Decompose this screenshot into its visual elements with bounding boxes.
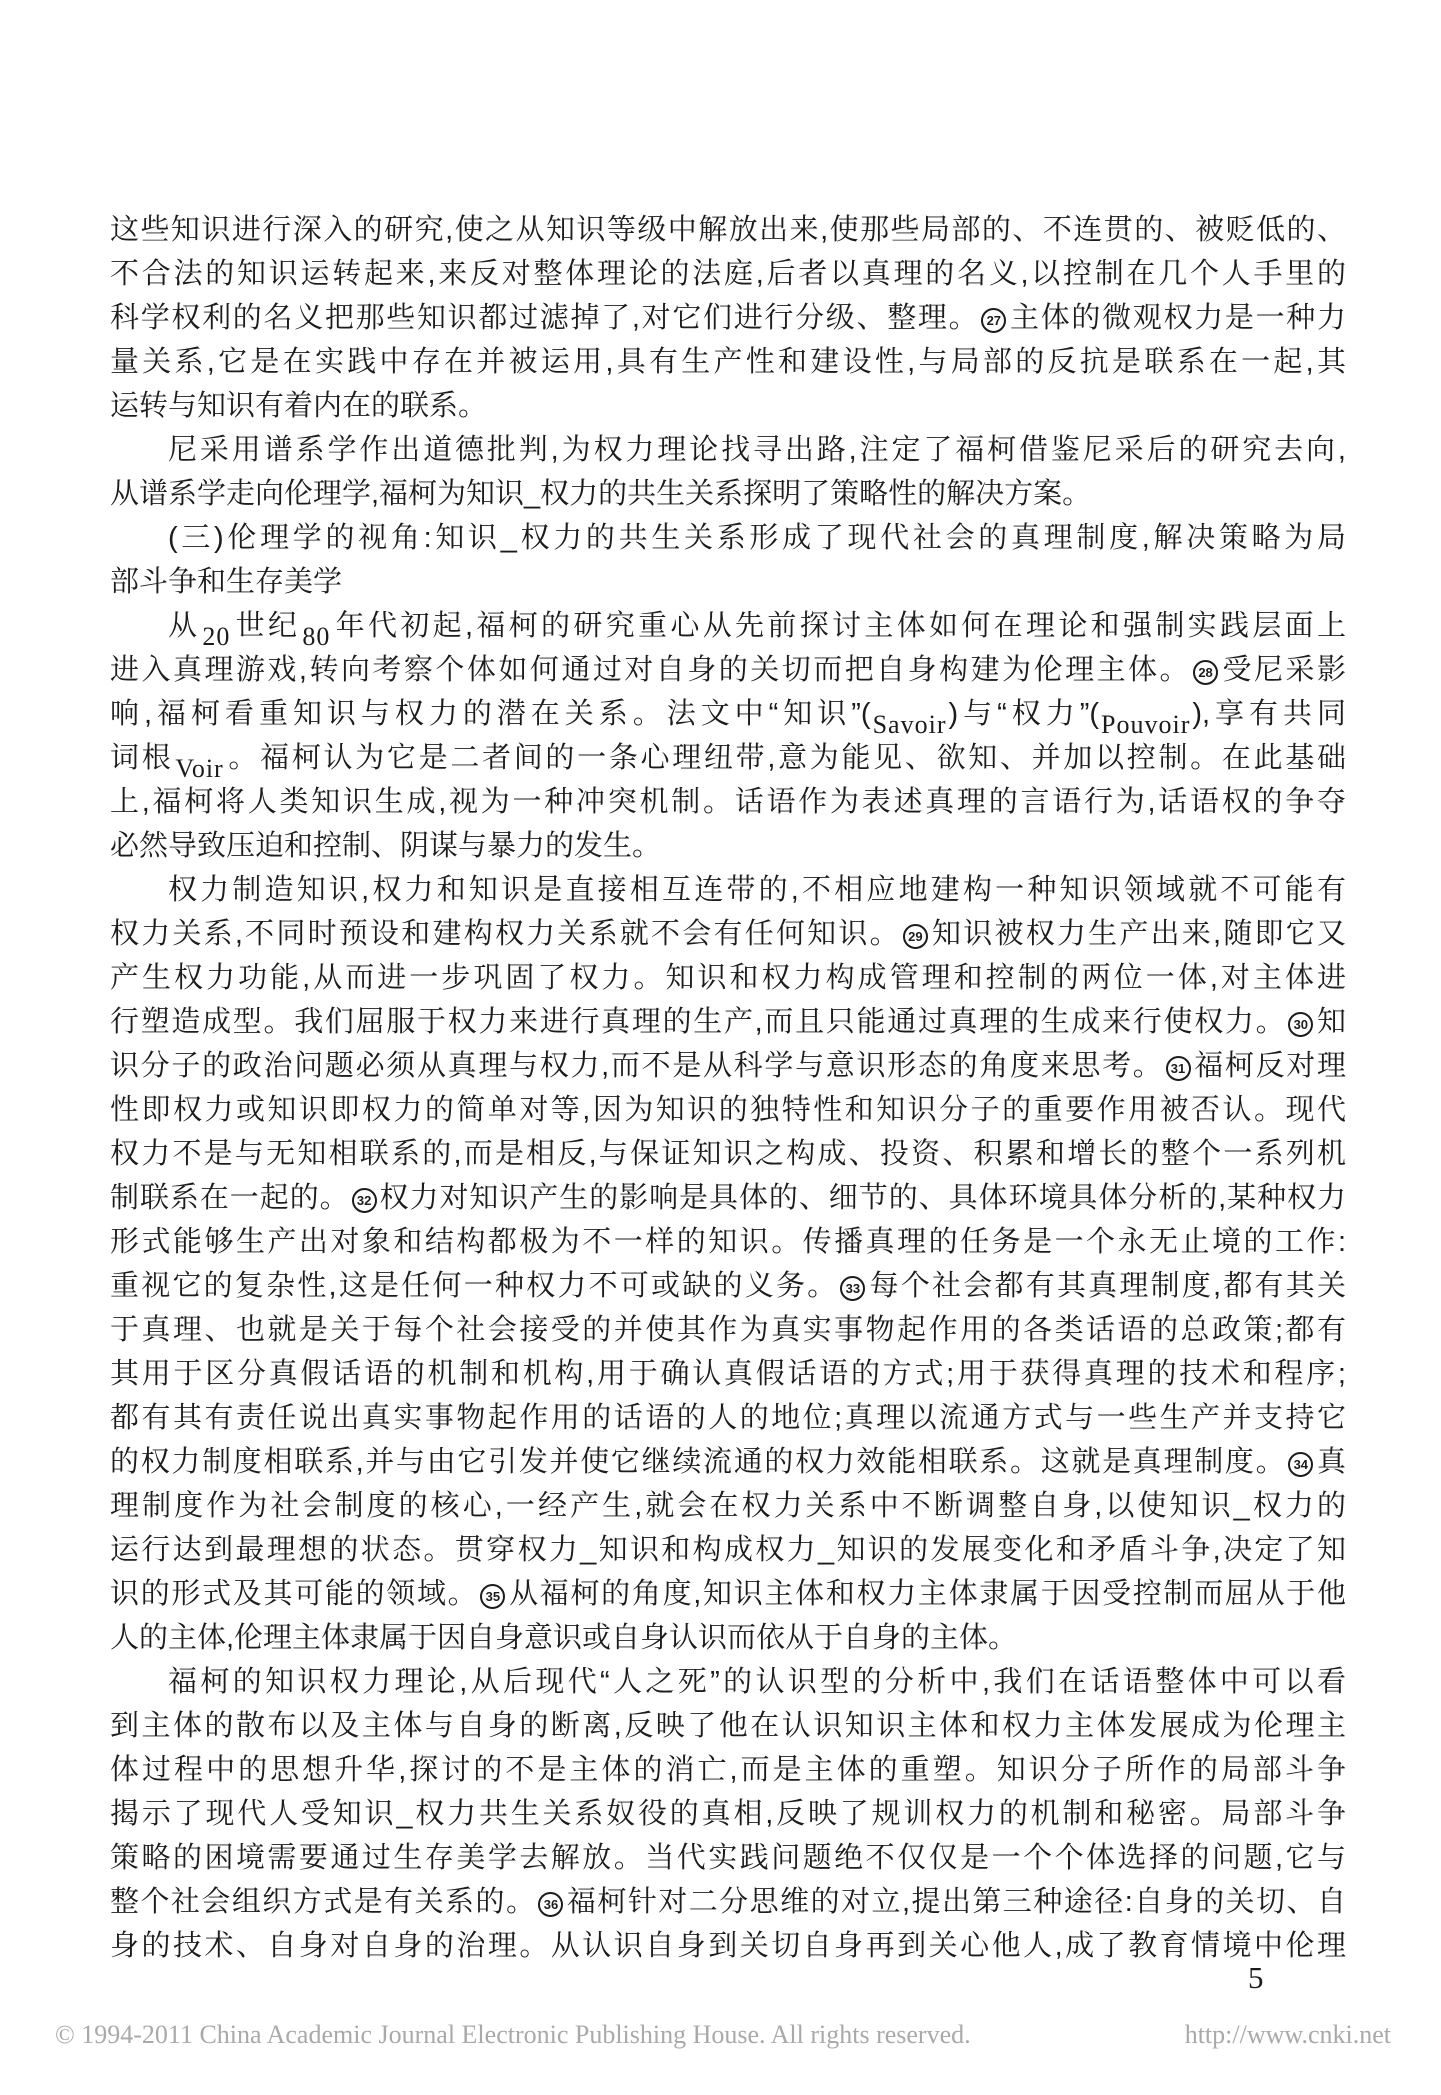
text-line: 体过程中的思想升华,探讨的不是主体的消亡,而是主体的重塑。知识分子所作的局部斗争 — [110, 1748, 1346, 1792]
text-line: 产生权力功能,从而进一步巩固了权力。知识和权力构成管理和控制的两位一体,对主体进 — [110, 956, 1346, 1000]
text-line: 揭示了现代人受知识_权力共生关系奴役的真相,反映了规训权力的机制和秘密。局部斗争 — [110, 1792, 1346, 1836]
footnote-marker: 28 — [1193, 660, 1218, 685]
text-line: 其用于区分真假话语的机制和机构,用于确认真假话语的方式;用于获得真理的技术和程序… — [110, 1352, 1346, 1396]
text-line: 形式能够生产出对象和结构都极为不一样的知识。传播真理的任务是一个永无止境的工作: — [110, 1220, 1346, 1264]
text-line: 到主体的散布以及主体与自身的断离,反映了他在认识知识主体和权力主体发展成为伦理主 — [110, 1704, 1346, 1748]
article-body: 这些知识进行深入的研究,使之从知识等级中解放出来,使那些局部的、不连贯的、被贬低… — [110, 208, 1346, 1968]
text-line: 策略的困境需要通过生存美学去解放。当代实践问题绝不仅仅是一个个体选择的问题,它与 — [110, 1836, 1346, 1880]
text-line: 从20世纪80年代初起,福柯的研究重心从先前探讨主体如何在理论和强制实践层面上 — [110, 604, 1346, 648]
text-line: 科学权利的名义把那些知识都过滤掉了,对它们进行分级、整理。27主体的微观权力是一… — [110, 296, 1346, 340]
text-line: 进入真理游戏,转向考察个体如何通过对自身的关切而把自身构建为伦理主体。28受尼采… — [110, 648, 1346, 692]
text-line: 词根Voir。福柯认为它是二者间的一条心理纽带,意为能见、欲知、并加以控制。在此… — [110, 736, 1346, 780]
text-line: 重视它的复杂性,这是任何一种权力不可或缺的义务。33每个社会都有其真理制度,都有… — [110, 1264, 1346, 1308]
text-line: 必然导致压迫和控制、阴谋与暴力的发生。 — [110, 824, 1346, 868]
text-line: 整个社会组织方式是有关系的。36福柯针对二分思维的对立,提出第三种途径:自身的关… — [110, 1880, 1346, 1924]
copyright-notice: © 1994-2011 China Academic Journal Elect… — [55, 2020, 971, 2050]
text-line: 尼采用谱系学作出道德批判,为权力理论找寻出路,注定了福柯借鉴尼采后的研究去向, — [110, 428, 1346, 472]
text-line: 行塑造成型。我们屈服于权力来进行真理的生产,而且只能通过真理的生成来行使权力。3… — [110, 1000, 1346, 1044]
text-line: 这些知识进行深入的研究,使之从知识等级中解放出来,使那些局部的、不连贯的、被贬低… — [110, 208, 1346, 252]
text-line: 性即权力或知识即权力的简单对等,因为知识的独特性和知识分子的重要作用被否认。现代 — [110, 1088, 1346, 1132]
text-line: 权力制造知识,权力和知识是直接相互连带的,不相应地建构一种知识领域就不可能有 — [110, 868, 1346, 912]
footnote-marker: 31 — [1166, 1056, 1191, 1081]
text-line: 人的主体,伦理主体隶属于因自身意识或自身认识而依从于自身的主体。 — [110, 1616, 1346, 1660]
text-line: 响,福柯看重知识与权力的潜在关系。法文中“知识”(Savoir)与“权力”(Po… — [110, 692, 1346, 736]
footnote-marker: 33 — [840, 1276, 865, 1301]
text-line: 于真理、也就是关于每个社会接受的并使其作为真实事物起作用的各类话语的总政策;都有 — [110, 1308, 1346, 1352]
text-line: 制联系在一起的。32权力对知识产生的影响是具体的、细节的、具体环境具体分析的,某… — [110, 1176, 1346, 1220]
footnote-marker: 29 — [903, 924, 928, 949]
text-line: 不合法的知识运转起来,来反对整体理论的法庭,后者以真理的名义,以控制在几个人手里… — [110, 252, 1346, 296]
footnote-marker: 32 — [352, 1188, 377, 1213]
document-page: 这些知识进行深入的研究,使之从知识等级中解放出来,使那些局部的、不连贯的、被贬低… — [0, 0, 1441, 2095]
page-number: 5 — [1248, 1960, 1264, 1996]
text-line: 运转与知识有着内在的联系。 — [110, 384, 1346, 428]
text-line: 福柯的知识权力理论,从后现代“人之死”的认识型的分析中,我们在话语整体中可以看 — [110, 1660, 1346, 1704]
text-line: 运行达到最理想的状态。贯穿权力_知识和构成权力_知识的发展变化和矛盾斗争,决定了… — [110, 1528, 1346, 1572]
cnki-url: http://www.cnki.net — [1185, 2020, 1391, 2050]
text-line: 部斗争和生存美学 — [110, 560, 1346, 604]
subscript-term: Voir — [173, 754, 225, 783]
footnote-marker: 34 — [1288, 1452, 1313, 1477]
text-line: 身的技术、自身对自身的治理。从认识自身到关切自身再到关心他人,成了教育情境中伦理 — [110, 1924, 1346, 1968]
subscript-term: Savoir — [871, 710, 949, 739]
footnote-marker: 36 — [538, 1892, 563, 1917]
text-line: 识分子的政治问题必须从真理与权力,而不是从科学与意识形态的角度来思考。31福柯反… — [110, 1044, 1346, 1088]
text-line: 量关系,它是在实践中存在并被运用,具有生产性和建设性,与局部的反抗是联系在一起,… — [110, 340, 1346, 384]
footer: © 1994-2011 China Academic Journal Elect… — [55, 2020, 1391, 2050]
text-line: 权力不是与无知相联系的,而是相反,与保证知识之构成、投资、积累和增长的整个一系列… — [110, 1132, 1346, 1176]
text-line: 从谱系学走向伦理学,福柯为知识_权力的共生关系探明了策略性的解决方案。 — [110, 472, 1346, 516]
subscript-term: 80 — [300, 622, 332, 651]
footnote-marker: 30 — [1288, 1012, 1313, 1037]
footnote-marker: 35 — [480, 1584, 505, 1609]
text-line: (三)伦理学的视角:知识_权力的共生关系形成了现代社会的真理制度,解决策略为局 — [110, 516, 1346, 560]
text-line: 理制度作为社会制度的核心,一经产生,就会在权力关系中不断调整自身,以使知识_权力… — [110, 1484, 1346, 1528]
subscript-term: Pouvoir — [1099, 710, 1192, 739]
text-line: 都有其有责任说出真实事物起作用的话语的人的地位;真理以流通方式与一些生产并支持它 — [110, 1396, 1346, 1440]
text-line: 上,福柯将人类知识生成,视为一种冲突机制。话语作为表述真理的言语行为,话语权的争… — [110, 780, 1346, 824]
text-line: 识的形式及其可能的领域。35从福柯的角度,知识主体和权力主体隶属于因受控制而屈从… — [110, 1572, 1346, 1616]
footnote-marker: 27 — [981, 308, 1006, 333]
text-line: 权力关系,不同时预设和建构权力关系就不会有任何知识。29知识被权力生产出来,随即… — [110, 912, 1346, 956]
subscript-term: 20 — [200, 622, 232, 651]
text-line: 的权力制度相联系,并与由它引发并使它继续流通的权力效能相联系。这就是真理制度。3… — [110, 1440, 1346, 1484]
